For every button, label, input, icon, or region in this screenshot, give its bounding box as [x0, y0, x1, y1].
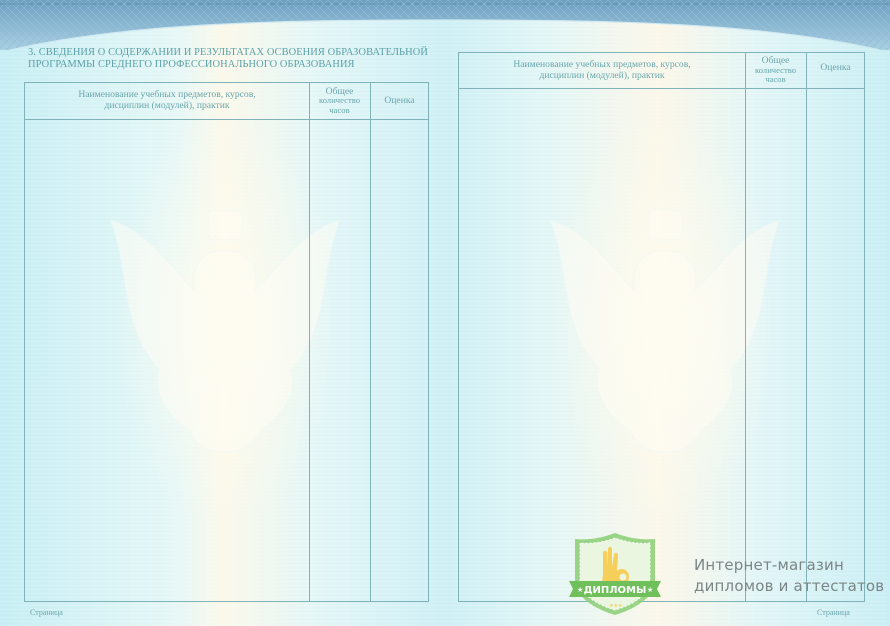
column-divider — [309, 83, 310, 601]
svg-text:★★★: ★★★ — [609, 603, 623, 609]
column-header-hours: Общее количество часов — [309, 83, 370, 119]
section-title-line-1: 3. Сведения о содержании и результатах о… — [28, 47, 438, 59]
svg-text:★: ★ — [577, 586, 583, 594]
column-header-subject-line-2: дисциплин (модулей), практик — [513, 71, 690, 82]
column-header-hours-line-3: часов — [755, 75, 796, 84]
diplomy-shop-logo: ДИПЛОМЫ ★ ★ ★★★ — [569, 531, 661, 617]
logo-badge-text: ДИПЛОМЫ — [584, 585, 647, 596]
left-grades-table: Наименование учебных предметов, курсов, … — [24, 82, 429, 602]
right-grades-table: Наименование учебных предметов, курсов, … — [458, 52, 865, 602]
column-header-grade-label: Оценка — [384, 96, 414, 107]
column-header-hours-line-3: часов — [319, 106, 360, 115]
header-divider — [459, 88, 864, 89]
section-title-line-2: программы среднего профессионального обр… — [28, 59, 438, 71]
column-header-subject: Наименование учебных предметов, курсов, … — [25, 83, 309, 119]
column-header-grade: Оценка — [370, 83, 429, 119]
column-header-subject: Наименование учебных предметов, курсов, … — [459, 53, 745, 88]
column-divider — [806, 53, 807, 601]
guilloche-border — [0, 0, 890, 50]
column-header-grade: Оценка — [806, 53, 865, 83]
column-header-grade-label: Оценка — [820, 63, 850, 74]
page-number-label-right: Страница — [817, 608, 850, 617]
column-header-subject-line-2: дисциплин (модулей), практик — [78, 101, 255, 112]
svg-text:★: ★ — [647, 586, 653, 594]
section-title: 3. Сведения о содержании и результатах о… — [28, 47, 438, 70]
column-header-subject-line-1: Наименование учебных предметов, курсов, — [513, 60, 690, 71]
page-number-label-left: Страница — [30, 608, 63, 617]
column-divider — [745, 53, 746, 601]
column-divider — [370, 83, 371, 601]
column-header-hours: Общее количество часов — [745, 53, 806, 88]
shop-watermark-text: Интернет-магазин дипломов и аттестатов — [694, 555, 884, 597]
header-divider — [25, 119, 428, 120]
shop-line-1: Интернет-магазин — [694, 555, 884, 576]
shop-line-2: дипломов и аттестатов — [694, 576, 884, 597]
